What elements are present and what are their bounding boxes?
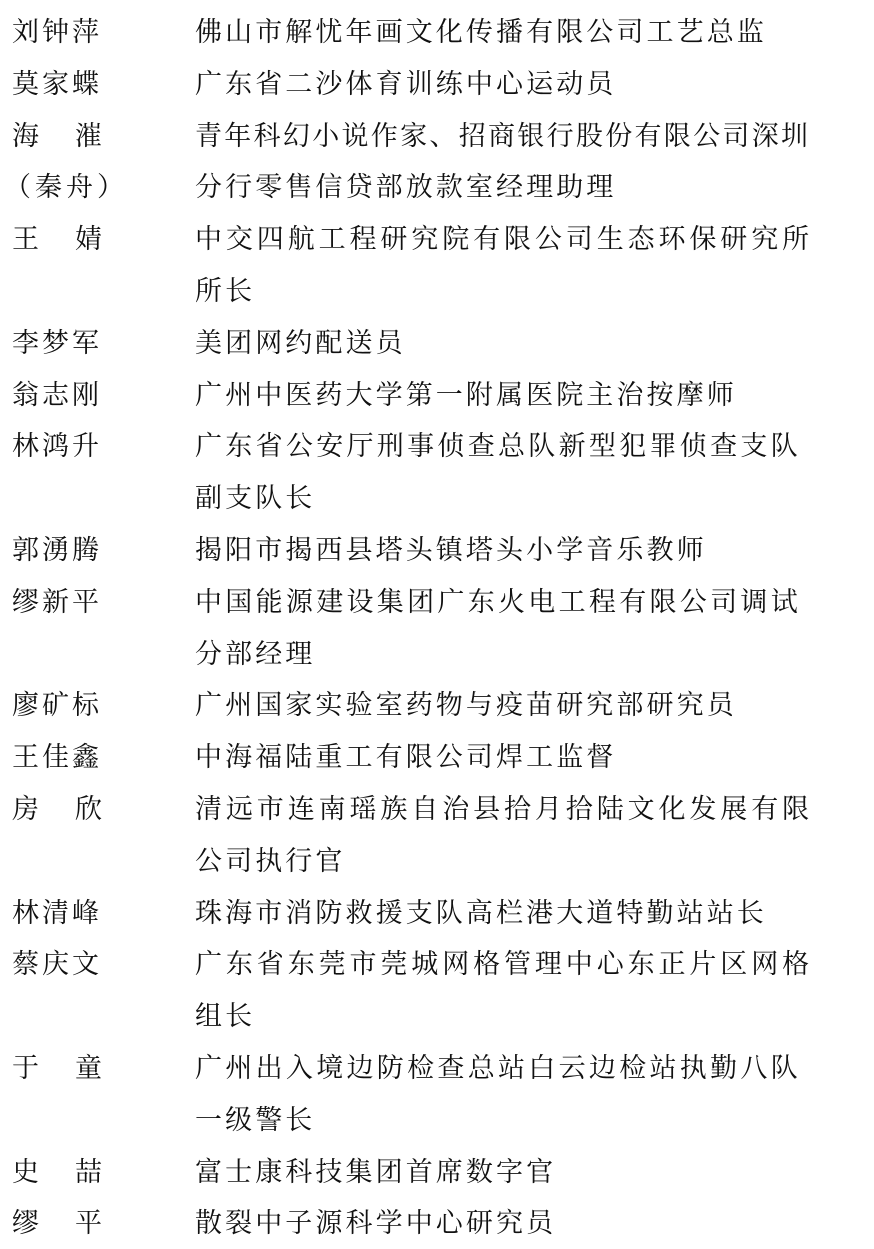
- name-char: 欣: [75, 784, 105, 836]
- title-line: 广东省东莞市莞城网格管理中心东正片区网格: [195, 939, 866, 991]
- list-item: 缪平 散裂中子源科学中心研究员: [0, 1198, 874, 1249]
- name-char: 婧: [75, 214, 105, 266]
- person-title: 清远市连南瑶族自治县拾月拾陆文化发展有限 公司执行官: [195, 784, 874, 888]
- person-title: 美团网约配送员: [195, 318, 874, 370]
- list-item: 海漼 （秦舟） 青年科幻小说作家、招商银行股份有限公司深圳 分行零售信贷部放款室…: [0, 111, 874, 215]
- person-name: 廖矿标: [0, 680, 195, 732]
- title-line: 广州中医药大学第一附属医院主治按摩师: [195, 370, 866, 422]
- title-line: 富士康科技集团首席数字官: [195, 1147, 866, 1199]
- person-name: 林鸿升: [0, 421, 195, 473]
- honoree-list: 刘钟萍 佛山市解忧年画文化传播有限公司工艺总监 莫家蝶 广东省二沙体育训练中心运…: [0, 7, 874, 1249]
- name-text: 海漼: [12, 111, 195, 163]
- name-text: 史喆: [12, 1147, 195, 1199]
- person-name: 李梦军: [0, 318, 195, 370]
- name-char: 缪: [12, 1198, 42, 1249]
- name-text: 李梦军: [12, 318, 195, 370]
- title-line: 珠海市消防救援支队高栏港大道特勤站站长: [195, 888, 866, 940]
- title-line: 组长: [195, 991, 866, 1043]
- person-name: 缪新平: [0, 577, 195, 629]
- title-line: 分部经理: [195, 629, 866, 681]
- person-title: 中国能源建设集团广东火电工程有限公司调试 分部经理: [195, 577, 874, 681]
- name-text: 缪平: [12, 1198, 195, 1249]
- name-char: 喆: [75, 1147, 105, 1199]
- person-title: 中交四航工程研究院有限公司生态环保研究所 所长: [195, 214, 874, 318]
- person-title: 富士康科技集团首席数字官: [195, 1147, 874, 1199]
- person-name: 林清峰: [0, 888, 195, 940]
- name-text: 廖矿标: [12, 680, 195, 732]
- name-text: 房欣: [12, 784, 195, 836]
- person-name: 缪平: [0, 1198, 195, 1249]
- title-line: 美团网约配送员: [195, 318, 866, 370]
- title-line: 中交四航工程研究院有限公司生态环保研究所: [195, 214, 866, 266]
- person-title: 广东省二沙体育训练中心运动员: [195, 59, 874, 111]
- person-title: 中海福陆重工有限公司焊工监督: [195, 732, 874, 784]
- title-line: 青年科幻小说作家、招商银行股份有限公司深圳: [195, 111, 866, 163]
- title-line: 广东省二沙体育训练中心运动员: [195, 59, 866, 111]
- name-text: 林鸿升: [12, 421, 195, 473]
- name-text: 于童: [12, 1043, 195, 1095]
- pen-name: （秦舟）: [4, 162, 195, 214]
- title-line: 一级警长: [195, 1095, 866, 1147]
- title-line: 副支队长: [195, 473, 866, 525]
- list-item: 林鸿升 广东省公安厅刑事侦查总队新型犯罪侦查支队 副支队长: [0, 421, 874, 525]
- person-name: 郭湧腾: [0, 525, 195, 577]
- name-char: 王: [12, 214, 42, 266]
- list-item: 缪新平 中国能源建设集团广东火电工程有限公司调试 分部经理: [0, 577, 874, 681]
- title-line: 分行零售信贷部放款室经理助理: [195, 162, 866, 214]
- title-line: 公司执行官: [195, 836, 866, 888]
- list-item: 刘钟萍 佛山市解忧年画文化传播有限公司工艺总监: [0, 7, 874, 59]
- name-char: 史: [12, 1147, 42, 1199]
- list-item: 王婧 中交四航工程研究院有限公司生态环保研究所 所长: [0, 214, 874, 318]
- name-text: 王婧: [12, 214, 195, 266]
- list-item: 房欣 清远市连南瑶族自治县拾月拾陆文化发展有限 公司执行官: [0, 784, 874, 888]
- list-item: 翁志刚 广州中医药大学第一附属医院主治按摩师: [0, 370, 874, 422]
- person-name: 王婧: [0, 214, 195, 266]
- name-text: 翁志刚: [12, 370, 195, 422]
- person-name: 莫家蝶: [0, 59, 195, 111]
- name-text: 蔡庆文: [12, 939, 195, 991]
- list-item: 莫家蝶 广东省二沙体育训练中心运动员: [0, 59, 874, 111]
- title-line: 清远市连南瑶族自治县拾月拾陆文化发展有限: [195, 784, 866, 836]
- list-item: 林清峰 珠海市消防救援支队高栏港大道特勤站站长: [0, 888, 874, 940]
- name-text: 刘钟萍: [12, 7, 195, 59]
- name-text: 王佳鑫: [12, 732, 195, 784]
- list-item: 郭湧腾 揭阳市揭西县塔头镇塔头小学音乐教师: [0, 525, 874, 577]
- name-text: 林清峰: [12, 888, 195, 940]
- title-line: 所长: [195, 266, 866, 318]
- name-text: 莫家蝶: [12, 59, 195, 111]
- title-line: 揭阳市揭西县塔头镇塔头小学音乐教师: [195, 525, 866, 577]
- list-item: 于童 广州出入境边防检查总站白云边检站执勤八队 一级警长: [0, 1043, 874, 1147]
- list-item: 李梦军 美团网约配送员: [0, 318, 874, 370]
- person-title: 佛山市解忧年画文化传播有限公司工艺总监: [195, 7, 874, 59]
- list-item: 史喆 富士康科技集团首席数字官: [0, 1147, 874, 1199]
- person-title: 珠海市消防救援支队高栏港大道特勤站站长: [195, 888, 874, 940]
- list-item: 廖矿标 广州国家实验室药物与疫苗研究部研究员: [0, 680, 874, 732]
- title-line: 佛山市解忧年画文化传播有限公司工艺总监: [195, 7, 866, 59]
- name-char: 平: [75, 1198, 105, 1249]
- name-char: 童: [75, 1043, 105, 1095]
- person-name: 史喆: [0, 1147, 195, 1199]
- name-char: 漼: [75, 111, 105, 163]
- person-name: 翁志刚: [0, 370, 195, 422]
- person-name: 王佳鑫: [0, 732, 195, 784]
- person-name: 房欣: [0, 784, 195, 836]
- list-item: 蔡庆文 广东省东莞市莞城网格管理中心东正片区网格 组长: [0, 939, 874, 1043]
- person-title: 广州国家实验室药物与疫苗研究部研究员: [195, 680, 874, 732]
- title-line: 广州出入境边防检查总站白云边检站执勤八队: [195, 1043, 866, 1095]
- person-name: 蔡庆文: [0, 939, 195, 991]
- title-line: 散裂中子源科学中心研究员: [195, 1198, 866, 1249]
- name-char: 海: [12, 111, 42, 163]
- person-title: 广东省公安厅刑事侦查总队新型犯罪侦查支队 副支队长: [195, 421, 874, 525]
- person-name: 海漼 （秦舟）: [0, 111, 195, 215]
- name-char: 房: [12, 784, 42, 836]
- name-text: 缪新平: [12, 577, 195, 629]
- title-line: 广东省公安厅刑事侦查总队新型犯罪侦查支队: [195, 421, 866, 473]
- person-title: 揭阳市揭西县塔头镇塔头小学音乐教师: [195, 525, 874, 577]
- title-line: 中海福陆重工有限公司焊工监督: [195, 732, 866, 784]
- person-title: 广州出入境边防检查总站白云边检站执勤八队 一级警长: [195, 1043, 874, 1147]
- name-char: 于: [12, 1043, 42, 1095]
- person-title: 散裂中子源科学中心研究员: [195, 1198, 874, 1249]
- person-title: 广州中医药大学第一附属医院主治按摩师: [195, 370, 874, 422]
- person-title: 青年科幻小说作家、招商银行股份有限公司深圳 分行零售信贷部放款室经理助理: [195, 111, 874, 215]
- list-item: 王佳鑫 中海福陆重工有限公司焊工监督: [0, 732, 874, 784]
- person-title: 广东省东莞市莞城网格管理中心东正片区网格 组长: [195, 939, 874, 1043]
- title-line: 中国能源建设集团广东火电工程有限公司调试: [195, 577, 866, 629]
- name-text: 郭湧腾: [12, 525, 195, 577]
- person-name: 刘钟萍: [0, 7, 195, 59]
- person-name: 于童: [0, 1043, 195, 1095]
- title-line: 广州国家实验室药物与疫苗研究部研究员: [195, 680, 866, 732]
